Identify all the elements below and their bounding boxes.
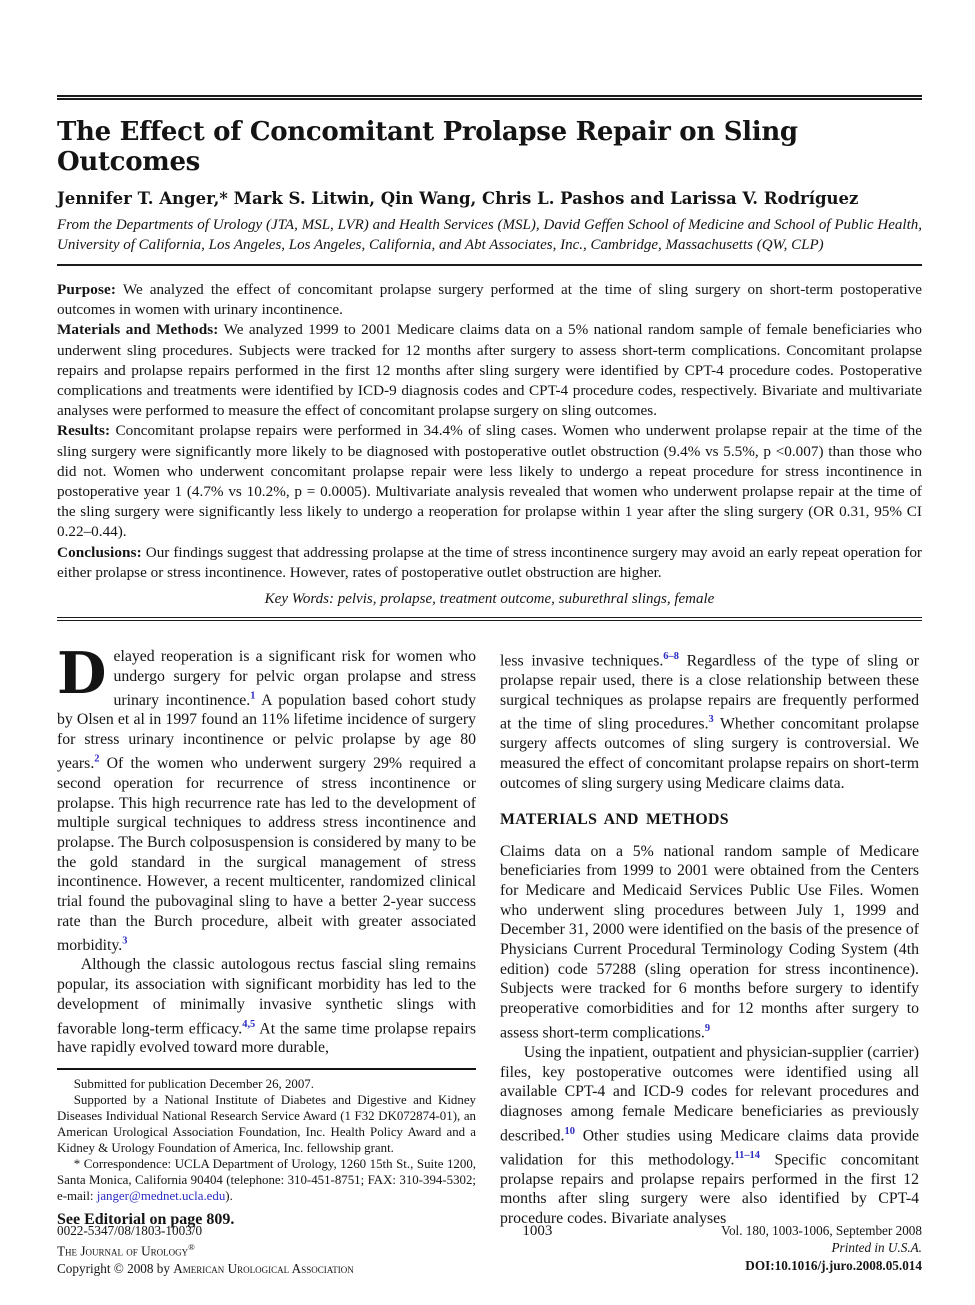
keywords-bottom-rule xyxy=(57,617,922,621)
email-link[interactable]: janger@mednet.ucla.edu xyxy=(97,1189,226,1203)
methods-paragraph-2: Using the inpatient, outpatient and phys… xyxy=(500,1043,919,1229)
small-caps-text: American Urological Association xyxy=(173,1261,353,1276)
footer-copyright: Copyright © 2008 by American Urological … xyxy=(57,1260,354,1277)
bold-label: Materials and Methods: xyxy=(57,321,218,338)
footer-journal-name: The Journal of Urology® xyxy=(57,1239,354,1260)
reference-superscript[interactable]: 6–8 xyxy=(663,651,679,662)
footnote-supported: Supported by a National Institute of Dia… xyxy=(57,1093,476,1157)
footer-page-number: 1003 xyxy=(522,1222,552,1240)
reference-superscript[interactable]: 1 xyxy=(250,690,255,701)
body-columns: Delayed reoperation is a significant ris… xyxy=(57,647,922,1229)
left-column: Delayed reoperation is a significant ris… xyxy=(57,647,476,1229)
right-column: less invasive techniques.6–8 Regardless … xyxy=(500,647,919,1229)
intro-paragraph-1-text: elayed reoperation is a significant risk… xyxy=(57,648,476,954)
keywords-line: Key Words: pelvis, prolapse, treatment o… xyxy=(57,591,922,608)
affiliation-line: From the Departments of Urology (JTA, MS… xyxy=(57,215,922,255)
bold-label: Conclusions: xyxy=(57,544,142,561)
footer-right-block: Vol. 180, 1003-1006, September 2008 Prin… xyxy=(721,1222,922,1274)
footer-volume-line: Vol. 180, 1003-1006, September 2008 xyxy=(721,1222,922,1239)
reference-superscript[interactable]: 4,5 xyxy=(242,1019,255,1030)
footnote-submitted: Submitted for publication December 26, 2… xyxy=(57,1077,476,1093)
intro-paragraph-3: less invasive techniques.6–8 Regardless … xyxy=(500,647,919,793)
footer-doi-line: DOI:10.1016/j.juro.2008.05.014 xyxy=(721,1257,922,1274)
small-caps-text: The Journal of Urology xyxy=(57,1244,188,1259)
page-footer: 0022-5347/08/1803-1003/0 The Journal of … xyxy=(57,1222,922,1277)
bold-label: DOI:10.1016/j.juro.2008.05.014 xyxy=(745,1258,922,1273)
authors-line: Jennifer T. Anger,* Mark S. Litwin, Qin … xyxy=(57,189,922,208)
abstract-results: Results: Concomitant prolapse repairs we… xyxy=(57,421,922,542)
abstract-materials-methods: Materials and Methods: We analyzed 1999 … xyxy=(57,320,922,421)
intro-paragraph-2: Although the classic autologous rectus f… xyxy=(57,955,476,1058)
reference-superscript[interactable]: 9 xyxy=(705,1023,710,1034)
drop-cap: D xyxy=(57,647,113,697)
journal-page: The Effect of Concomitant Prolapse Repai… xyxy=(0,0,975,1305)
reference-superscript[interactable]: 10 xyxy=(564,1126,574,1137)
reference-superscript[interactable]: 11–14 xyxy=(735,1150,760,1161)
footnote-correspondence: * Correspondence: UCLA Department of Uro… xyxy=(57,1157,476,1205)
reference-superscript[interactable]: 3 xyxy=(709,714,714,725)
bold-label: Purpose: xyxy=(57,281,116,298)
abstract-conclusions: Conclusions: Our findings suggest that a… xyxy=(57,543,922,583)
section-heading-materials-methods: MATERIALS AND METHODS xyxy=(500,811,919,829)
abstract-purpose: Purpose: We analyzed the effect of conco… xyxy=(57,280,922,320)
page-title: The Effect of Concomitant Prolapse Repai… xyxy=(57,117,922,177)
methods-paragraph-1: Claims data on a 5% national random samp… xyxy=(500,842,919,1043)
reference-superscript[interactable]: 3 xyxy=(122,935,127,946)
top-horizontal-rule xyxy=(57,95,922,100)
reference-superscript[interactable]: 2 xyxy=(94,754,99,765)
bold-label: Results: xyxy=(57,422,110,439)
footnote-rule xyxy=(57,1068,476,1070)
italic-text: Printed in U.S.A. xyxy=(832,1240,922,1255)
footer-issn: 0022-5347/08/1803-1003/0 xyxy=(57,1222,354,1239)
abstract-top-rule xyxy=(57,264,922,266)
footnote-block: Submitted for publication December 26, 2… xyxy=(57,1058,476,1229)
footer-printed-line: Printed in U.S.A. xyxy=(721,1239,922,1256)
superscript-mark: ® xyxy=(188,1242,195,1252)
intro-paragraph-1: Delayed reoperation is a significant ris… xyxy=(57,647,476,955)
footer-left-block: 0022-5347/08/1803-1003/0 The Journal of … xyxy=(57,1222,354,1277)
abstract: Purpose: We analyzed the effect of conco… xyxy=(57,280,922,583)
